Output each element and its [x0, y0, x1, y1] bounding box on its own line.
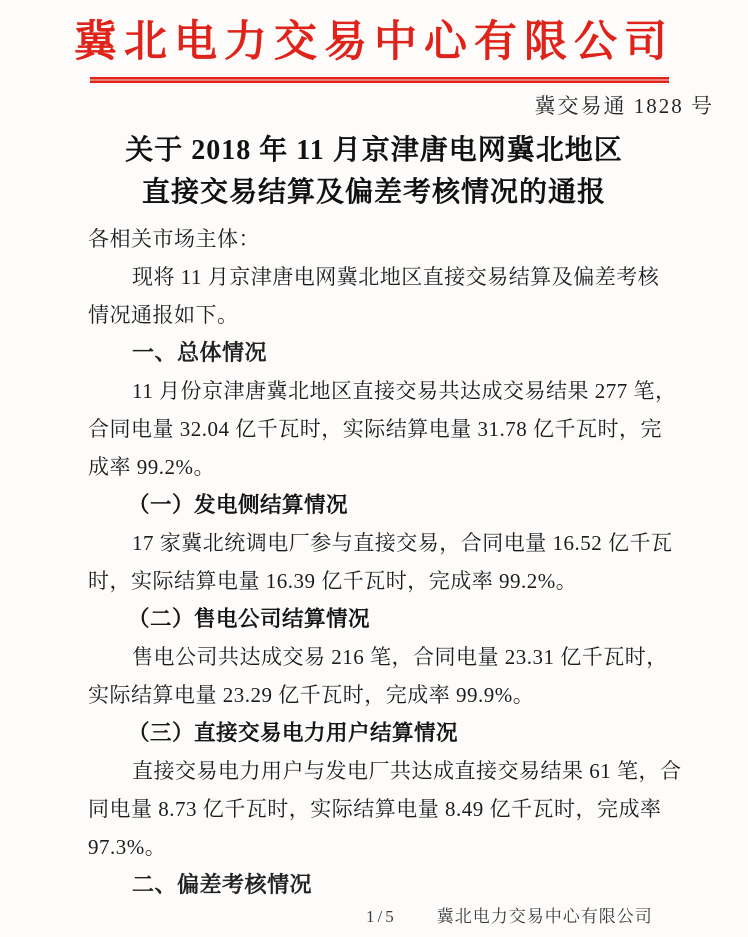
subsection-heading: （三）直接交易电力用户结算情况 [88, 714, 674, 752]
letterhead-divider-rule [90, 77, 669, 83]
body-line: 现将 11 月京津唐电网冀北地区直接交易结算及偏差考核 [88, 258, 674, 296]
page-number: 1/5 [366, 907, 397, 927]
document-title: 关于 2018 年 11 月京津唐电网冀北地区 直接交易结算及偏差考核情况的通报 [0, 130, 748, 214]
page-footer: 1/5 冀北电力交易中心有限公司 [366, 902, 653, 927]
document-title-line1: 关于 2018 年 11 月京津唐电网冀北地区 [0, 130, 748, 172]
salutation: 各相关市场主体： [88, 220, 674, 258]
subsection-heading: （二）售电公司结算情况 [88, 600, 674, 638]
body-line: 时，实际结算电量 16.39 亿千瓦时，完成率 99.2%。 [88, 562, 674, 600]
body-line: 合同电量 32.04 亿千瓦时，实际结算电量 31.78 亿千瓦时，完 [88, 410, 674, 448]
body-line: 成率 99.2%。 [88, 448, 674, 486]
section-heading: 二、偏差考核情况 [88, 866, 674, 904]
section-heading: 一、总体情况 [88, 334, 674, 372]
document-page: 冀北电力交易中心有限公司 冀交易通 1828 号 关于 2018 年 11 月京… [0, 0, 748, 937]
document-title-line2: 直接交易结算及偏差考核情况的通报 [0, 172, 748, 214]
body-line: 97.3%。 [88, 828, 674, 866]
body-line: 同电量 8.73 亿千瓦时，实际结算电量 8.49 亿千瓦时，完成率 [88, 790, 674, 828]
body-line: 实际结算电量 23.29 亿千瓦时，完成率 99.9%。 [88, 676, 674, 714]
body-lines: 各相关市场主体： 现将 11 月京津唐电网冀北地区直接交易结算及偏差考核情况通报… [88, 220, 674, 904]
body-line: 售电公司共达成交易 216 笔，合同电量 23.31 亿千瓦时， [88, 638, 674, 676]
body-line: 直接交易电力用户与发电厂共达成直接交易结果 61 笔，合 [88, 752, 674, 790]
document-number: 冀交易通 1828 号 [535, 90, 715, 120]
body-line: 情况通报如下。 [88, 296, 674, 334]
letterhead-company-title: 冀北电力交易中心有限公司 [0, 8, 748, 69]
subsection-heading: （一）发电侧结算情况 [88, 486, 674, 524]
footer-company-name: 冀北电力交易中心有限公司 [437, 902, 653, 927]
body-line: 17 家冀北统调电厂参与直接交易，合同电量 16.52 亿千瓦 [88, 524, 674, 562]
body-line: 11 月份京津唐冀北地区直接交易共达成交易结果 277 笔， [88, 372, 674, 410]
